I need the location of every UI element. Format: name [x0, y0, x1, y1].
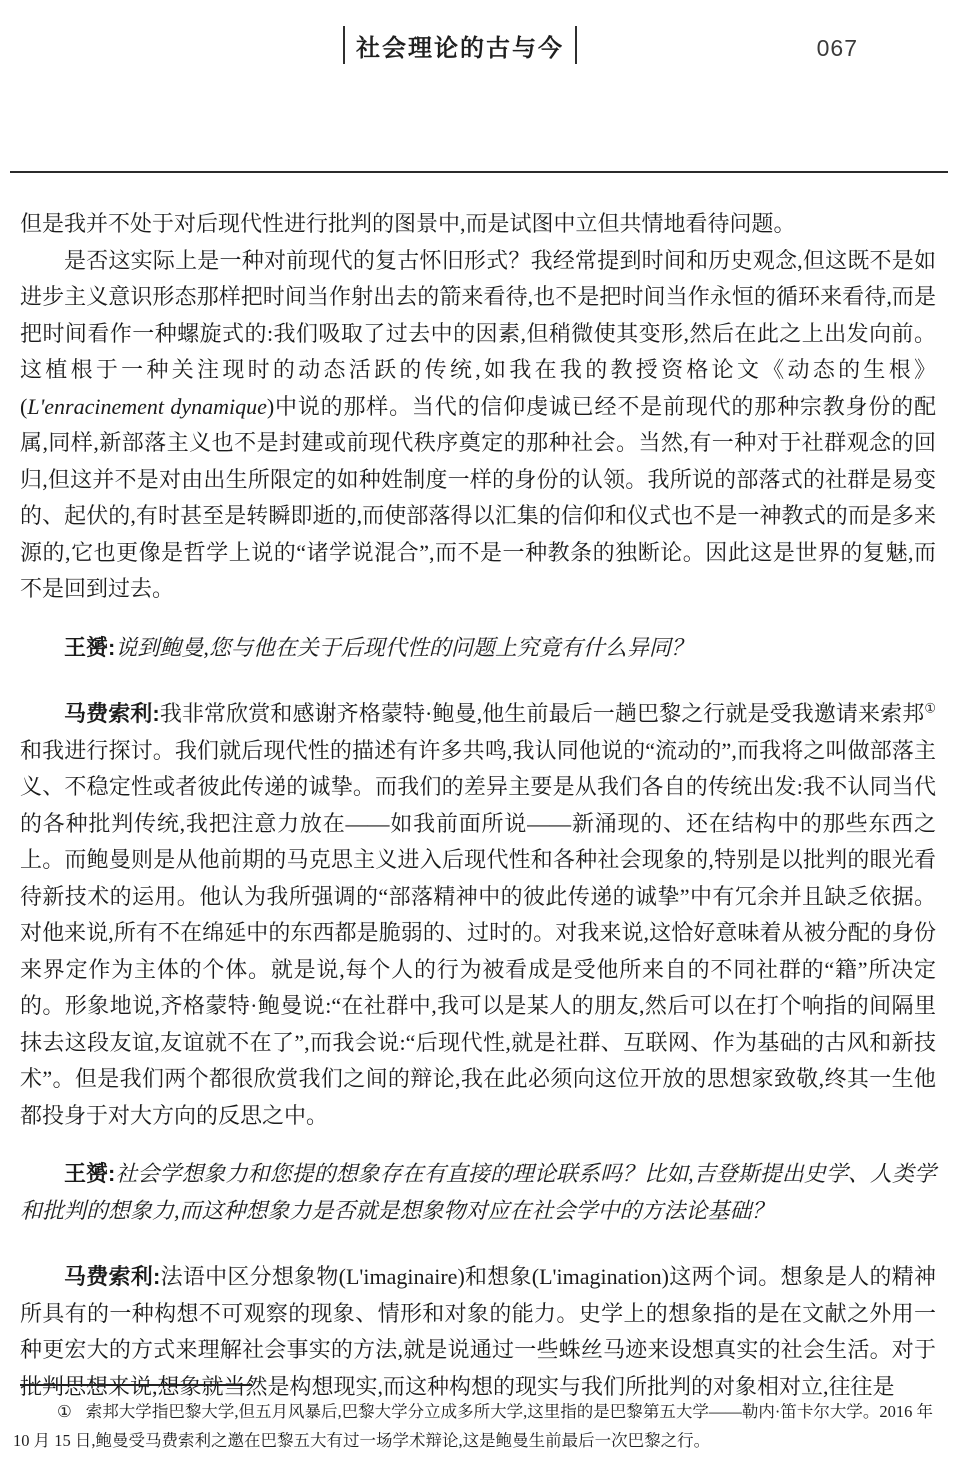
answer-text: 我非常欣赏和感谢齐格蒙特·鲍曼,他生前最后一趟巴黎之行就是受我邀请来索邦: [160, 701, 925, 726]
running-title: 社会理论的古与今: [0, 26, 920, 64]
document-page: 社会理论的古与今 067 但是我并不处于对后现代性进行批判的图景中,而是试图中立…: [0, 0, 958, 1476]
footnote-text: 索邦大学指巴黎大学,但五月风暴后,巴黎大学分立成多所大学,这里指的是巴黎第五大学…: [13, 1402, 933, 1450]
speaker-name: 王赟:: [64, 635, 115, 660]
header-divider: [10, 171, 948, 173]
title-left-bar: [343, 26, 345, 64]
question-bauman: 王赟:说到鲍曼,您与他在关于后现代性的问题上究竟有什么异同？: [20, 630, 936, 667]
question-imagination: 王赟:社会学想象力和您提的想象存在有直接的理论联系吗？比如,吉登斯提出史学、人类…: [20, 1156, 936, 1229]
speaker-name: 马费索利:: [64, 701, 160, 726]
page-number: 067: [817, 35, 858, 62]
paragraph-premodern-nostalgia: 是否这实际上是一种对前现代的复古怀旧形式？我经常提到时间和历史观念,但这既不是如…: [20, 243, 936, 608]
answer-bauman: 马费索利:我非常欣赏和感谢齐格蒙特·鲍曼,他生前最后一趟巴黎之行就是受我邀请来索…: [20, 696, 936, 1134]
paragraph-text: 但是我并不处于对后现代性进行批判的图景中,而是试图中立但共情地看待问题。: [20, 211, 796, 236]
footnote-reference: ①: [924, 701, 936, 716]
footnote-marker: ①: [57, 1402, 72, 1421]
body-text: 但是我并不处于对后现代性进行批判的图景中,而是试图中立但共情地看待问题。 是否这…: [20, 206, 936, 1405]
paragraph-continuation: 但是我并不处于对后现代性进行批判的图景中,而是试图中立但共情地看待问题。: [20, 206, 936, 243]
footnote: ①索邦大学指巴黎大学,但五月风暴后,巴黎大学分立成多所大学,这里指的是巴黎第五大…: [13, 1398, 933, 1455]
paragraph-text: )中说的那样。当代的信仰虔诚已经不是前现代的那种宗教身份的配属,同样,新部落主义…: [20, 394, 936, 602]
answer-text: 和我进行探讨。我们就后现代性的描述有许多共鸣,我认同他说的“流动的”,而我将之叫…: [20, 738, 936, 1128]
title-right-bar: [575, 26, 577, 64]
question-text: 社会学想象力和您提的想象存在有直接的理论联系吗？比如,吉登斯提出史学、人类学和批…: [20, 1161, 936, 1223]
french-term: L'enracinement dynamique: [27, 394, 267, 419]
speaker-name: 王赟:: [64, 1161, 115, 1186]
running-title-text: 社会理论的古与今: [356, 28, 564, 63]
speaker-name: 马费索利:: [64, 1264, 160, 1289]
question-text: 说到鲍曼,您与他在关于后现代性的问题上究竟有什么异同？: [115, 635, 693, 660]
footnote-divider: [20, 1384, 252, 1386]
